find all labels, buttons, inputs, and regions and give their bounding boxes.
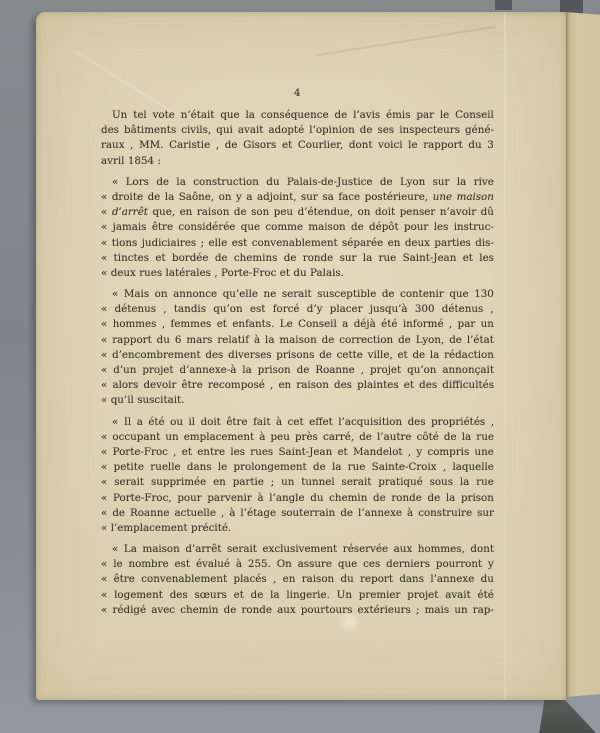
- text-line: «lenombreestévaluéà255.Onassurequecesder…: [101, 557, 494, 572]
- text-line: «deuxrueslatérales,Porte-FrocetduPalais.: [101, 266, 494, 281]
- text-block: 4 Untelvoten’étaitquelaconséquencedel’av…: [101, 86, 494, 618]
- bottom-shadow-wedge: [538, 697, 596, 733]
- text-line: «deRoanneactuelle,àl’étagesouterraindel’…: [101, 506, 494, 521]
- scan-background: { "document": { "page_number": "4", "par…: [0, 0, 600, 733]
- text-line: «détenus,tandisqu’onestforcéd’yplacerjus…: [101, 302, 494, 317]
- text-line: «occupantunemplacementàpeuprèscarré,del’…: [101, 430, 494, 445]
- paper-crease-vertical: [504, 12, 506, 700]
- text-line: desbâtimentscivils,quiavaitadoptél’opini…: [101, 123, 494, 138]
- page-number: 4: [101, 86, 494, 101]
- text-line: «Maisonannoncequ’elleneseraitsusceptible…: [101, 287, 494, 302]
- paragraph: Untelvoten’étaitquelaconséquencedel’avis…: [101, 108, 494, 169]
- text-line: «rapportdu6marsrelatifàlamaisondecorrect…: [101, 333, 494, 348]
- text-line: «seraitsuppriméeenpartie;untunnelseraitp…: [101, 475, 494, 490]
- text-line: «d’unprojetd’annexe-àlaprisondeRoanne,pr…: [101, 363, 494, 378]
- text-line: «petiteruelledansleprolongementdelarueSa…: [101, 460, 494, 475]
- text-line: Untelvoten’étaitquelaconséquencedel’avis…: [101, 108, 494, 123]
- text-line: «l’emplacementprécité.: [101, 521, 494, 536]
- text-line: avril1854:: [101, 154, 494, 169]
- text-line: «jamaisêtreconsidéréequecommemaisondedép…: [101, 220, 494, 235]
- text-line: «Porte-Froc,pourparveniràl’angleduchemin…: [101, 491, 494, 506]
- text-line: «rédigéaveccheminderondeauxpourtoursexté…: [101, 603, 494, 618]
- facing-page-edge: [565, 12, 600, 697]
- text-line: «Lamaisond’arrêtseraitexclusivementréser…: [101, 542, 494, 557]
- scanned-page: 4 Untelvoten’étaitquelaconséquencedel’av…: [36, 12, 566, 700]
- text-line: «d’arrêtque,enraisondesonpeud’étendue,on…: [101, 205, 494, 220]
- text-line: «Porte-Froc,etentrelesruesSaint-JeanetMa…: [101, 445, 494, 460]
- text-line: «Ilaétéouildoitêtrefaitàceteffetl’acquis…: [101, 415, 494, 430]
- text-line: «qu’ilsuscitait.: [101, 393, 494, 408]
- text-line: «alorsdevoirêtrerecomposé,enraisondespla…: [101, 378, 494, 393]
- text-line: «tinctesetbordéedecheminsderondesurlarue…: [101, 251, 494, 266]
- paragraph: «Maisonannoncequ’elleneseraitsusceptible…: [101, 287, 494, 409]
- paragraph: «Ilaétéouildoitêtrefaitàceteffetl’acquis…: [101, 415, 494, 537]
- text-line: «LorsdelaconstructionduPalais-de-Justice…: [101, 175, 494, 190]
- paper-crease-diagonal-top: [317, 26, 495, 56]
- paragraph: «LorsdelaconstructionduPalais-de-Justice…: [101, 175, 494, 281]
- text-line: «logementdessœursetdelalingerie.Unpremie…: [101, 588, 494, 603]
- text-line: «tionsjudiciaires;elleestconvenablements…: [101, 236, 494, 251]
- body-text: Untelvoten’étaitquelaconséquencedel’avis…: [101, 108, 494, 618]
- binding-clip-left: [495, 0, 512, 10]
- text-line: «d’encombrementdesdiversesprisonsdecette…: [101, 348, 494, 363]
- text-line: «hommes,femmesetenfants.LeConseiladéjàét…: [101, 317, 494, 332]
- paragraph: «Lamaisond’arrêtseraitexclusivementréser…: [101, 542, 494, 618]
- text-line: raux,MM.Caristie,deGisorsetCourlier,dont…: [101, 138, 494, 153]
- text-line: «droitedelaSaône,onyaadjoint,sursafacepo…: [101, 190, 494, 205]
- text-line: «êtreconvenablementplacés,enraisondurepo…: [101, 572, 494, 587]
